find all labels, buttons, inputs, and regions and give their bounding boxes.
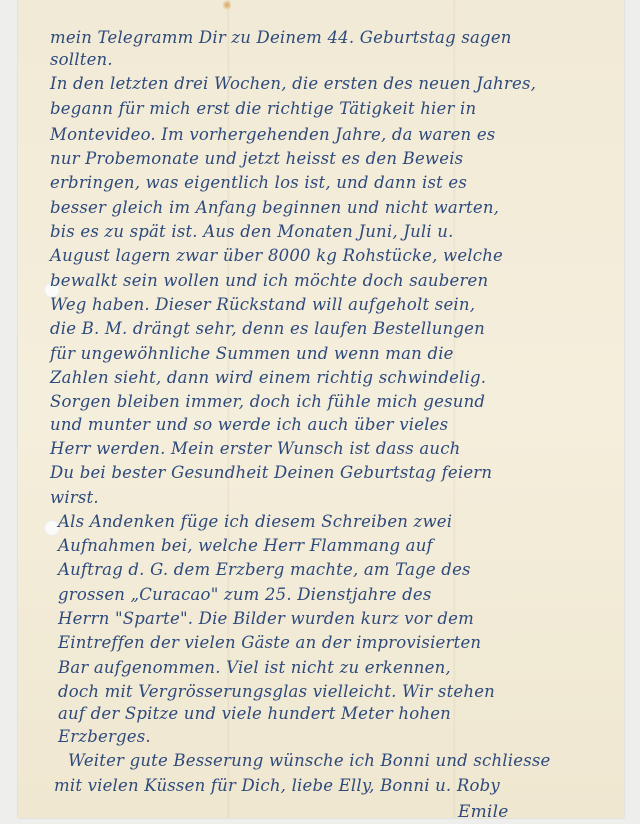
text-line: grossen „Curacao" zum 25. Dienstjahre de… — [58, 585, 432, 604]
text-line: In den letzten drei Wochen, die ersten d… — [50, 74, 536, 93]
text-line: Herr werden. Mein erster Wunsch ist dass… — [50, 439, 461, 458]
text-line: Du bei bester Gesundheit Deinen Geburtst… — [50, 463, 492, 482]
text-line: Herrn "Sparte". Die Bilder wurden kurz v… — [58, 609, 474, 628]
letter-page: mein Telegramm Dir zu Deinem 44. Geburts… — [18, 0, 624, 818]
text-line: bis es zu spät ist. Aus den Monaten Juni… — [50, 222, 454, 241]
text-line: nur Probemonate und jetzt heisst es den … — [50, 149, 463, 168]
text-line: Montevideo. Im vorhergehenden Jahre, da … — [50, 125, 495, 144]
text-line: besser gleich im Anfang beginnen und nic… — [50, 198, 499, 217]
text-line: Bar aufgenommen. Viel ist nicht zu erken… — [58, 658, 451, 677]
text-line: Erzberges. — [58, 727, 151, 746]
text-line: auf der Spitze und viele hundert Meter h… — [58, 704, 451, 723]
text-line: sollten. — [50, 50, 113, 69]
text-line: Sorgen bleiben immer, doch ich fühle mic… — [50, 392, 485, 411]
text-line: begann für mich erst die richtige Tätigk… — [50, 99, 476, 118]
text-line: die B. M. drängt sehr, denn es laufen Be… — [50, 319, 485, 338]
text-line: August lagern zwar über 8000 kg Rohstück… — [50, 246, 503, 265]
signature: Emile — [458, 802, 508, 822]
text-line: bewalkt sein wollen und ich möchte doch … — [50, 271, 488, 290]
text-line: Als Andenken füge ich diesem Schreiben z… — [58, 512, 452, 531]
text-line: mein Telegramm Dir zu Deinem 44. Geburts… — [50, 28, 512, 47]
text-line: mit vielen Küssen für Dich, liebe Elly, … — [54, 776, 500, 795]
text-line: für ungewöhnliche Summen und wenn man di… — [50, 344, 454, 363]
text-line: Auftrag d. G. dem Erzberg machte, am Tag… — [58, 560, 471, 579]
text-line: Eintreffen der vielen Gäste an der impro… — [58, 633, 481, 652]
text-line: Zahlen sieht, dann wird einem richtig sc… — [50, 368, 486, 387]
text-line: Weg haben. Dieser Rückstand will aufgeho… — [50, 295, 475, 314]
text-line: erbringen, was eigentlich los ist, und d… — [50, 173, 467, 192]
rust-stain — [223, 0, 231, 10]
text-line: Aufnahmen bei, welche Herr Flammang auf — [58, 536, 433, 555]
text-line: und munter und so werde ich auch über vi… — [50, 415, 448, 434]
text-line: wirst. — [50, 488, 99, 507]
text-line: doch mit Vergrösserungsglas vielleicht. … — [58, 682, 495, 701]
text-line: Weiter gute Besserung wünsche ich Bonni … — [68, 751, 551, 770]
